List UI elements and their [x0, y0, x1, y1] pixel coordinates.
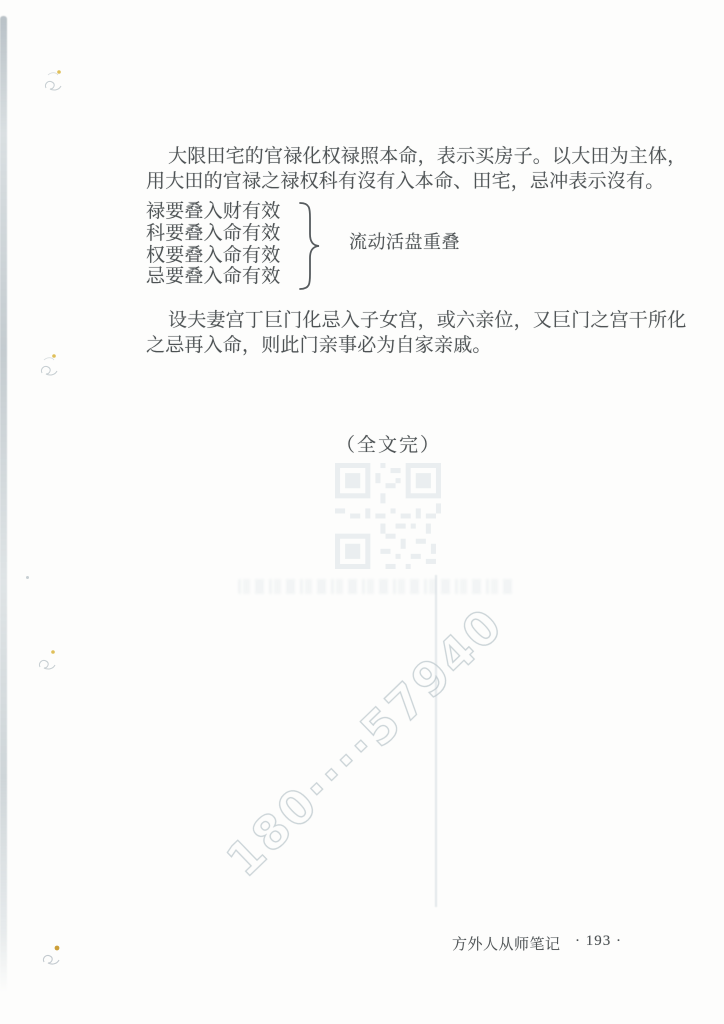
effect-list-item: 权要叠入命有效: [146, 245, 280, 267]
footer-page-number: · 193 ·: [575, 933, 622, 950]
paragraph-2: 设夫妻宫丁巨门化忌入子女宫，或六亲位，又巨门之宫干所化 之忌再入命，则此门亲事必…: [146, 308, 686, 358]
diagonal-number-watermark: 180····57940: [216, 597, 514, 887]
effect-list: 禄要叠入财有效 科要叠入命有效 权要叠入命有效 忌要叠入命有效: [146, 201, 280, 288]
dust-speck: [26, 576, 29, 579]
effect-list-item: 科要叠入命有效: [146, 223, 280, 245]
effect-list-item: 忌要叠入命有效: [146, 266, 280, 288]
brace-label: 流动活盘重叠: [349, 228, 460, 254]
paragraph-1: 大限田宅的官禄化权禄照本命，表示买房子。以大田为主体， 用大田的官禄之禄权科有沒…: [146, 144, 686, 194]
margin-smudge-icon: [42, 66, 66, 94]
scan-vertical-line-artifact: [435, 575, 437, 907]
end-of-text-mark: （全文完）: [336, 430, 441, 457]
scanned-book-page: 大限田宅的官禄化权禄照本命，表示买房子。以大田为主体， 用大田的官禄之禄权科有沒…: [0, 0, 724, 1024]
margin-smudge-icon: [38, 351, 62, 379]
scan-edge-artifact: [0, 16, 7, 992]
paragraph-2-line-2: 之忌再入命，则此门亲事必为自家亲戚。: [146, 333, 686, 358]
effect-list-item: 禄要叠入财有效: [146, 201, 280, 223]
paragraph-1-line-1: 大限田宅的官禄化权禄照本命，表示买房子。以大田为主体，: [146, 144, 686, 169]
right-brace-icon: [297, 202, 321, 290]
qr-code-watermark-icon: [335, 463, 441, 569]
faint-caption-watermark: [238, 579, 516, 594]
margin-smudge-icon: [36, 645, 60, 673]
paragraph-1-line-2: 用大田的官禄之禄权科有沒有入本命、田宅，忌冲表示沒有。: [146, 169, 686, 194]
footer-book-title: 方外人从师笔记: [452, 933, 561, 954]
margin-smudge-icon: [40, 940, 64, 968]
paragraph-2-line-1: 设夫妻宫丁巨门化忌入子女宫，或六亲位，又巨门之宫干所化: [146, 308, 686, 333]
